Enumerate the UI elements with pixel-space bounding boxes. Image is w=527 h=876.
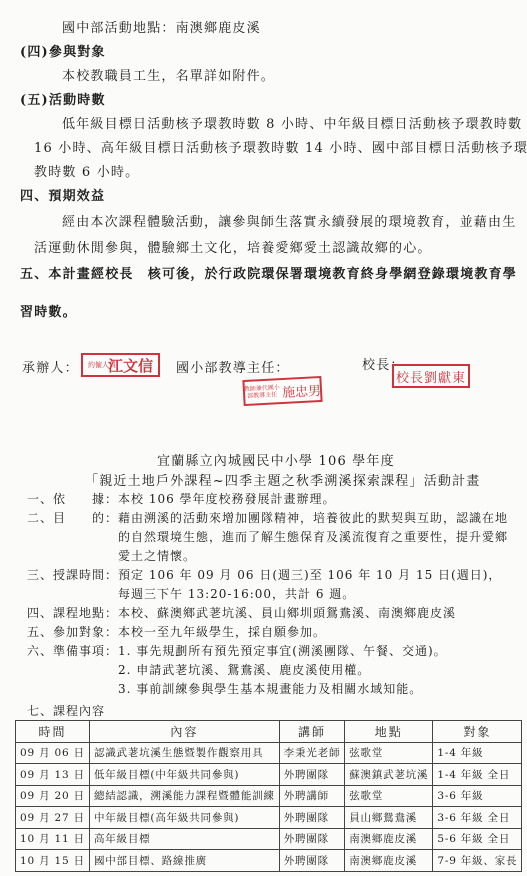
school-title: 宜蘭縣立內城國民中小學 106 學年度 [157,450,395,469]
plan-item-preparation-line-2: 2. 申請武荖坑溪、鴛鴦溪、鹿皮溪使用權。 [118,661,370,678]
course-section-title: 七、課程內容 [27,702,105,719]
cell-content: 認識武荖坑溪生態暨製作觀察用具 [89,742,279,764]
director-stamp: 教師兼代國小 部教導主任 施忠男 [242,376,322,406]
table-row: 10 月 11 日 高年級目標 外聘團隊 南澳鄉鹿皮溪 5-6 年級 全日 [16,828,522,850]
header-target: 對象 [433,721,522,743]
organizer-stamp-title: 約僱人員 [88,361,106,369]
plan-item-time-line-1: 預定 106 年 09 月 06 日(週三)至 106 年 10 月 15 日(… [118,566,501,583]
cell-content: 總結認識，溯溪能力課程暨體能訓練 [89,785,279,807]
principal-stamp-text: 校長劉獻東 [396,367,466,386]
section-hours-line-3: 教時數 6 小時。 [34,161,139,180]
plan-item-participants-line: 本校一至九年級學生，採自願參加。 [118,623,326,640]
plan-item-purpose-line-1: 藉由溯溪的活動來增加團隊精神，培養彼此的默契與互助，認識在地 [118,509,508,526]
organizer-stamp: 約僱人員 江文信 [81,353,160,377]
plan-item-basis-label: 一、依 據： [27,490,118,507]
cell-time: 10 月 11 日 [16,828,90,850]
plan-item-time-label: 三、授課時間： [27,566,118,583]
approval-line-2: 習時數。 [20,301,77,320]
expected-benefits-line-2: 活運動休閒參與，體驗鄉土文化，培養愛鄉愛土認識故鄉的心。 [34,237,432,256]
table-row: 09 月 27 日 中年級目標(高年級共同參與) 外聘團隊 員山鄉鴛鴦溪 3-6… [16,807,522,829]
plan-item-purpose-line-3: 愛土之情懷。 [118,547,196,564]
cell-instructor: 外聘團隊 [279,828,345,850]
approval-line-1: 五、本計畫經校長 核可後，於行政院環保署環境教育終身學網登錄環境教育學 [20,263,517,282]
plan-item-preparation-line-3: 3. 事前訓練參與學生基本規畫能力及相關水域知能。 [118,680,422,697]
cell-target: 7-9 年級、家長 [433,850,522,872]
header-time: 時間 [16,721,90,743]
header-content: 內容 [89,721,279,743]
section-participants-body: 本校教職員工生，名單詳如附件。 [62,65,275,84]
plan-item-preparation-label: 六、準備事項： [27,642,118,659]
organizer-label: 承辦人： [22,357,79,376]
section-hours-line-2: 16 小時、高年級目標日活動核予環教時數 14 小時、國中部目標日活動核予環 [34,137,527,156]
table-row: 10 月 15 日 國中部目標、路線推廣 外聘團隊 南澳鄉鹿皮溪 7-9 年級、… [16,850,522,872]
expected-benefits-line-1: 經由本次課程體驗活動，讓參與師生落實永續發展的環境教育，並藉由生 [62,211,516,230]
cell-location: 弦歌堂 [345,785,433,807]
section-participants-title: (四)參與對象 [20,41,106,60]
cell-location: 弦歌堂 [345,742,433,764]
cell-content: 高年級目標 [89,828,279,850]
plan-item-purpose-line-2: 的自然環境生態，進而了解生態保育及溪流復育之重要性，提升愛鄉 [118,528,508,545]
plan-item-preparation-line-1: 1. 事先規劃所有預先預定事宜(溯溪團隊、午餐、交通)。 [118,642,447,659]
cell-instructor: 李秉光老師 [279,742,345,764]
cell-target: 5-6 年級 全日 [433,828,522,850]
cell-content: 國中部目標、路線推廣 [89,850,279,872]
cell-location: 南澳鄉鹿皮溪 [345,850,433,872]
section-hours-title: (五)活動時數 [20,89,106,108]
cell-instructor: 外聘講師 [279,785,345,807]
header-instructor: 講師 [279,721,345,743]
table-row: 09 月 13 日 低年級目標(中年級共同參與) 外聘團隊 蘇澳鎮武荖坑溪 1-… [16,764,522,786]
plan-item-participants-label: 五、參加對象： [27,623,118,640]
cell-target: 3-6 年級 全日 [433,807,522,829]
header-location: 地點 [345,721,433,743]
cell-location: 員山鄉鴛鴦溪 [345,807,433,829]
cell-instructor: 外聘團隊 [279,850,345,872]
cell-target: 1-4 年級 全日 [433,764,522,786]
cell-target: 1-4 年級 [433,742,522,764]
cell-target: 3-6 年級 [433,785,522,807]
cell-time: 09 月 20 日 [16,785,90,807]
principal-stamp: 校長劉獻東 [392,364,470,388]
section-hours-line-1: 低年級目標日活動核予環教時數 8 小時、中年級目標日活動核予環教時數 [62,113,522,132]
cell-instructor: 外聘團隊 [279,807,345,829]
cell-time: 09 月 13 日 [16,764,90,786]
plan-item-purpose-label: 二、目 的： [27,509,118,526]
plan-item-location-label: 四、課程地點： [27,604,118,621]
cell-time: 09 月 27 日 [16,807,90,829]
plan-item-time-line-2: 每週三下午 13:20-16:00，共計 6 週。 [118,585,355,602]
plan-item-location-line: 本校、蘇澳鄉武荖坑溪、員山鄉圳頭鴛鴦溪、南澳鄉鹿皮溪 [118,604,456,621]
expected-benefits-title: 四、預期效益 [20,185,105,204]
cell-location: 蘇澳鎮武荖坑溪 [345,764,433,786]
director-label: 國小部教導主任： [176,357,290,376]
course-table: 時間 內容 講師 地點 對象 09 月 06 日 認識武荖坑溪生態暨製作觀察用具… [15,720,522,872]
cell-time: 09 月 06 日 [16,742,90,764]
plan-title: 「親近土地戶外課程~四季主題之秋季溯溪探索課程」活動計畫 [85,470,481,489]
organizer-stamp-name: 江文信 [108,355,153,376]
table-header-row: 時間 內容 講師 地點 對象 [16,721,522,743]
plan-item-basis-line: 本校 106 學年度校務發展計畫辦理。 [118,490,336,507]
cell-instructor: 外聘團隊 [279,764,345,786]
cell-time: 10 月 15 日 [16,850,90,872]
table-row: 09 月 20 日 總結認識，溯溪能力課程暨體能訓練 外聘講師 弦歌堂 3-6 … [16,785,522,807]
junior-activity-location: 國中部活動地點：南澳鄉鹿皮溪 [62,17,261,36]
cell-location: 南澳鄉鹿皮溪 [345,828,433,850]
cell-content: 中年級目標(高年級共同參與) [89,807,279,829]
table-row: 09 月 06 日 認識武荖坑溪生態暨製作觀察用具 李秉光老師 弦歌堂 1-4 … [16,742,522,764]
cell-content: 低年級目標(中年級共同參與) [89,764,279,786]
director-stamp-title-2: 部教導主任 [247,391,277,400]
director-stamp-name: 施忠男 [282,379,322,400]
